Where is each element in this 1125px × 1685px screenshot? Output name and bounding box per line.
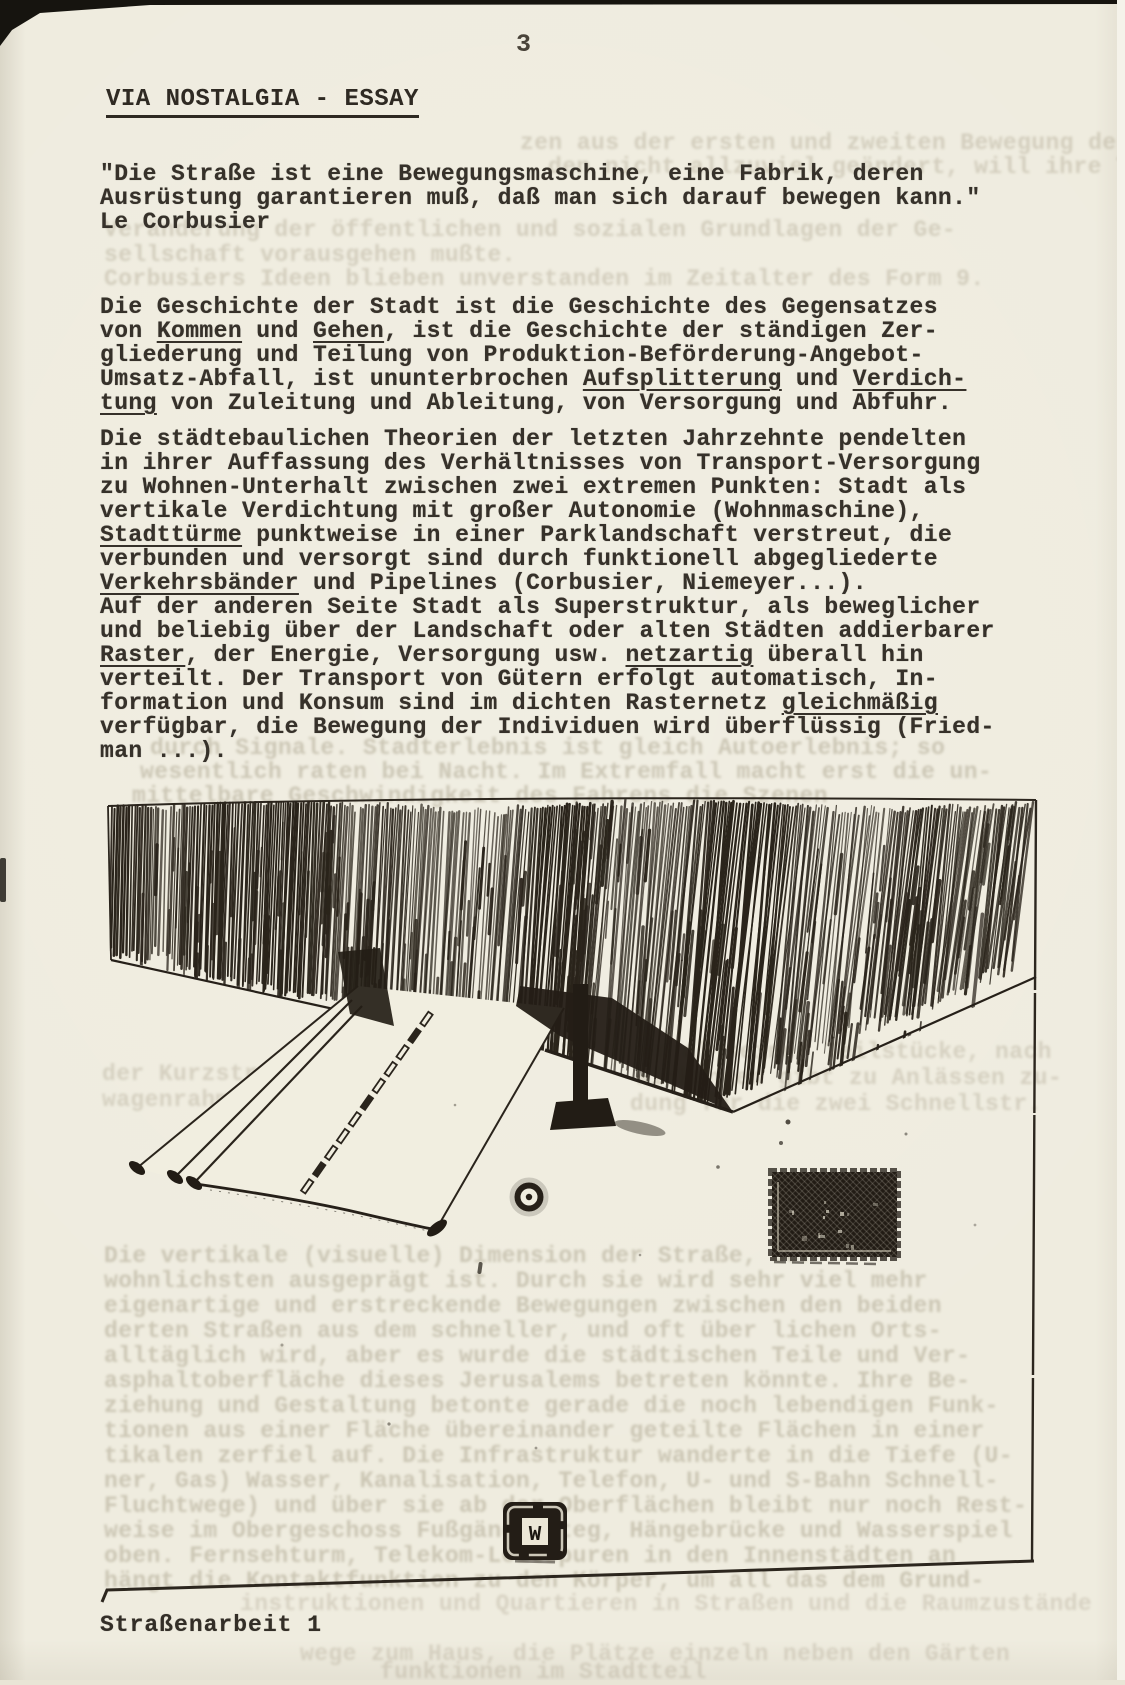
text-line: Ausrüstung garantieren muß, daß man sich… — [100, 186, 981, 210]
text-line: zu Wohnen-Unterhalt zwischen zwei extrem… — [100, 475, 995, 499]
scanned-page: zen aus der ersten und zweiten Bewegung … — [0, 0, 1125, 1680]
scan-right-margin — [1117, 0, 1125, 1680]
text-line: Die Geschichte der Stadt ist die Geschic… — [100, 295, 966, 319]
text-line: verfügbar, die Bewegung der Individuen w… — [100, 715, 995, 739]
illustration-caption: Straßenarbeit 1 — [100, 1612, 322, 1638]
text-line: man ...). — [100, 739, 995, 763]
typewritten-text-layer: 3 VIA NOSTALGIA - ESSAY "Die Straße ist … — [0, 0, 1125, 1680]
text-line: gliederung und Teilung von Produktion-Be… — [100, 343, 966, 367]
page-number: 3 — [516, 30, 531, 59]
text-line: vertikale Verdichtung mit großer Autonom… — [100, 499, 995, 523]
text-line: Stadttürme punktweise in einer Parklands… — [100, 523, 995, 547]
text-line: Umsatz-Abfall, ist ununterbrochen Aufspl… — [100, 367, 966, 391]
text-line: von Kommen und Gehen, ist die Geschichte… — [100, 319, 966, 343]
text-line: Auf der anderen Seite Stadt als Superstr… — [100, 595, 995, 619]
text-line: Die städtebaulichen Theorien der letzten… — [100, 427, 995, 451]
corbusier-quote: "Die Straße ist eine Bewegungsmaschine, … — [100, 162, 981, 234]
text-line: "Die Straße ist eine Bewegungsmaschine, … — [100, 162, 981, 186]
text-line: Raster, der Energie, Versorgung usw. net… — [100, 643, 995, 667]
paragraph-history-of-city: Die Geschichte der Stadt ist die Geschic… — [100, 295, 966, 415]
text-line: in ihrer Auffassung des Verhältnisses vo… — [100, 451, 995, 475]
text-line: verbunden und versorgt sind durch funkti… — [100, 547, 995, 571]
text-line: formation und Konsum sind im dichten Ras… — [100, 691, 995, 715]
text-line: verteilt. Der Transport von Gütern erfol… — [100, 667, 995, 691]
text-line: tung von Zuleitung und Ableitung, von Ve… — [100, 391, 966, 415]
text-line: und beliebig über der Landschaft oder al… — [100, 619, 995, 643]
essay-title: VIA NOSTALGIA - ESSAY — [106, 88, 419, 118]
text-line: Verkehrsbänder und Pipelines (Corbusier,… — [100, 571, 995, 595]
text-line: Le Corbusier — [100, 210, 981, 234]
paragraph-urban-theories: Die städtebaulichen Theorien der letzten… — [100, 427, 995, 763]
